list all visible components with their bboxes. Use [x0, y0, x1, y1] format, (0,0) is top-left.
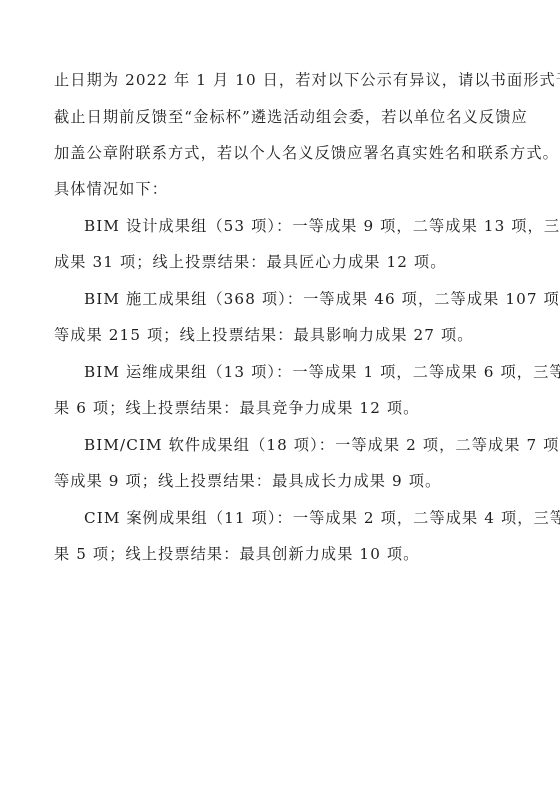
group-software-line-2: 等成果 9 项；线上投票结果：最具成长力成果 9 项。 — [54, 471, 514, 491]
intro-line-4: 具体情况如下： — [54, 179, 514, 199]
group-operation-line-1: BIM 运维成果组（13 项）：一等成果 1 项，二等成果 6 项，三等成 — [84, 362, 544, 382]
intro-line-3: 加盖公章附联系方式，若以个人名义反馈应署名真实姓名和联系方式。 — [54, 143, 514, 163]
group-cim-line-2: 果 5 项；线上投票结果：最具创新力成果 10 项。 — [54, 544, 514, 564]
group-operation-line-2: 果 6 项；线上投票结果：最具竞争力成果 12 项。 — [54, 398, 514, 418]
group-design-line-1: BIM 设计成果组（53 项）：一等成果 9 项，二等成果 13 项，三等 — [84, 216, 544, 236]
group-software-line-1: BIM/CIM 软件成果组（18 项）：一等成果 2 项，二等成果 7 项，三 — [84, 435, 544, 455]
group-cim-line-1: CIM 案例成果组（11 项）：一等成果 2 项，二等成果 4 项，三等成 — [84, 508, 544, 528]
group-construction-line-1: BIM 施工成果组（368 项）：一等成果 46 项，二等成果 107 项，三 — [84, 289, 544, 309]
document-page: 止日期为 2022 年 1 月 10 日，若对以下公示有异议，请以书面形式于 截… — [0, 0, 560, 794]
group-construction-line-2: 等成果 215 项；线上投票结果：最具影响力成果 27 项。 — [54, 325, 514, 345]
group-design-line-2: 成果 31 项；线上投票结果：最具匠心力成果 12 项。 — [54, 252, 514, 272]
intro-line-2: 截止日期前反馈至“金标杯”遴选活动组会委，若以单位名义反馈应 — [54, 107, 514, 127]
intro-line-1: 止日期为 2022 年 1 月 10 日，若对以下公示有异议，请以书面形式于 — [54, 70, 514, 90]
